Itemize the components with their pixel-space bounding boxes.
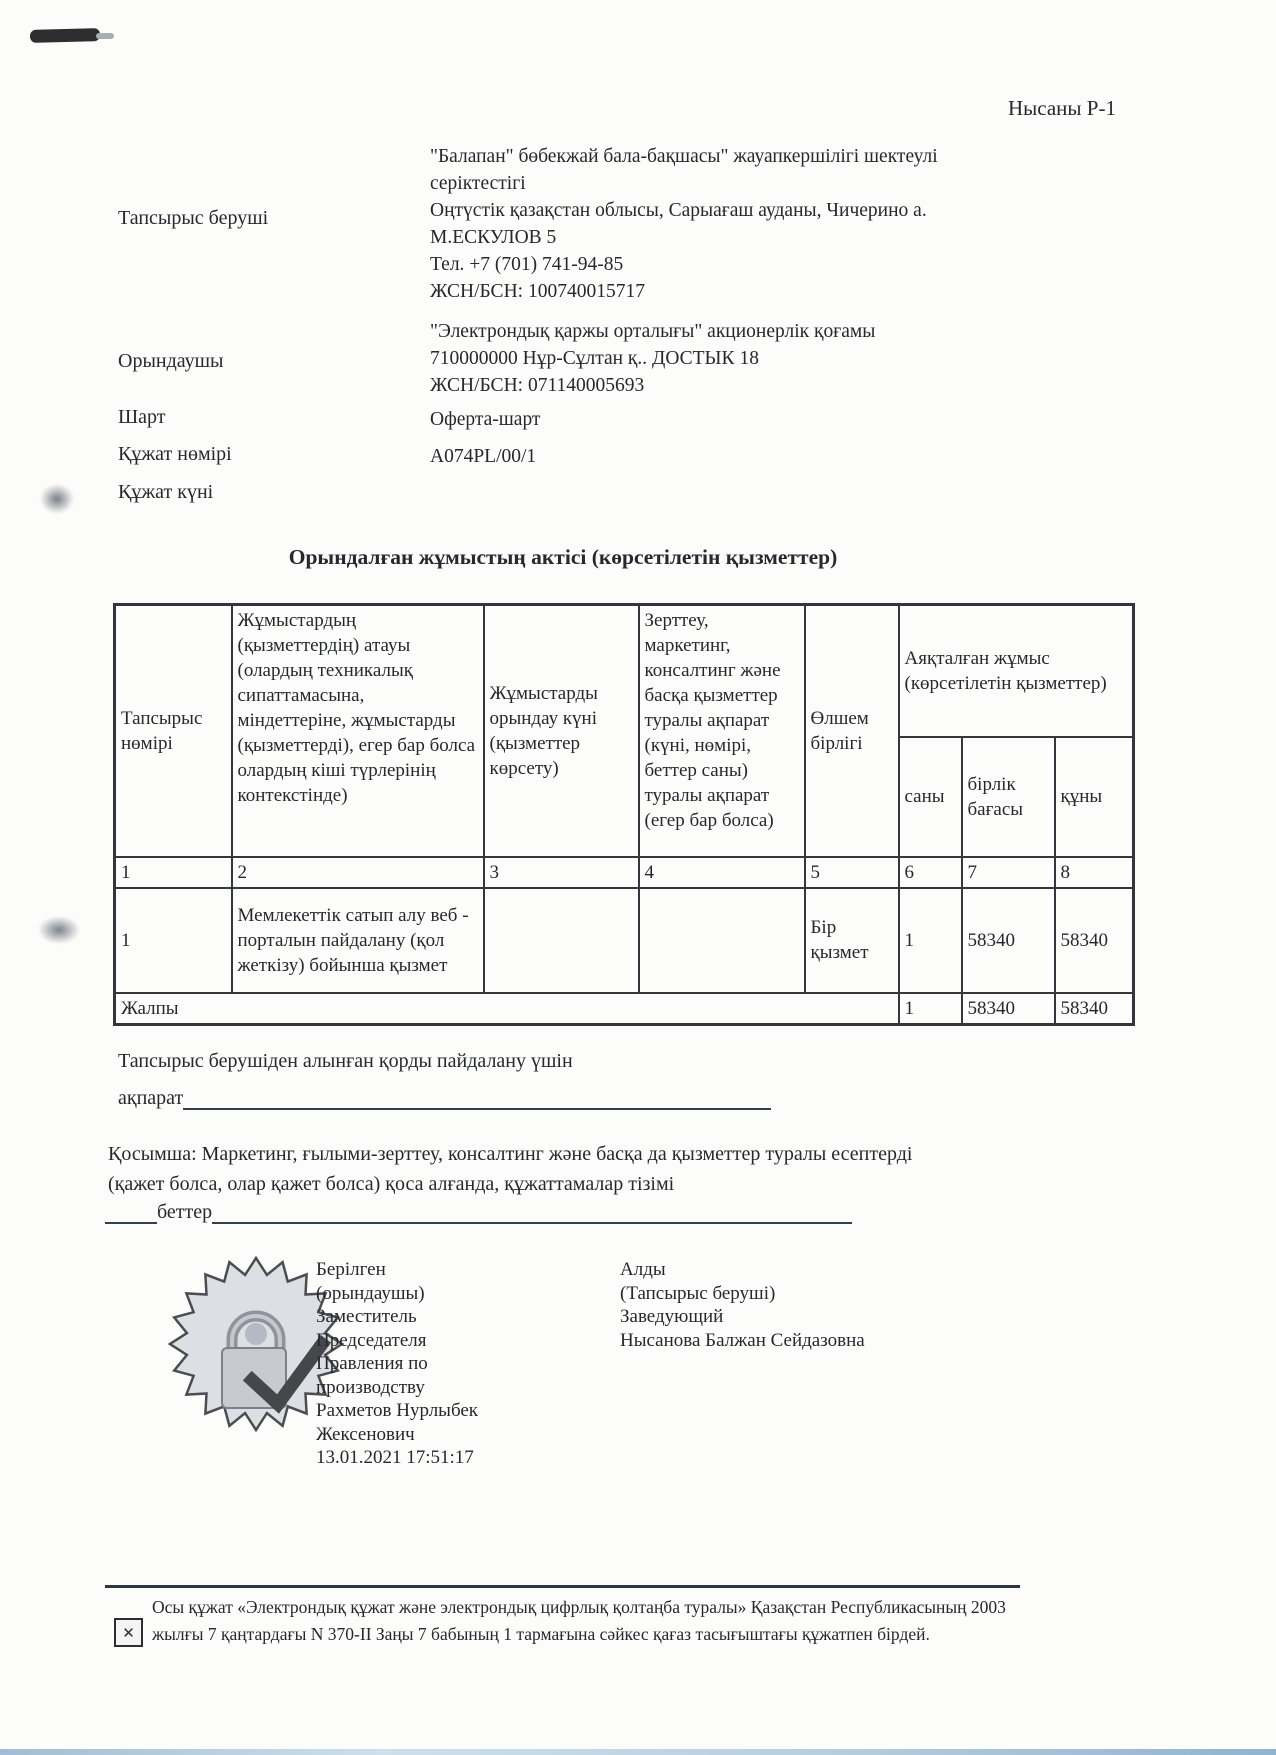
col-header-unit-price: бірлік бағасы: [962, 737, 1055, 857]
executor-value: "Электрондық қаржы орталығы" акционерлік…: [430, 318, 875, 399]
fund-note-line2: ақпарат: [118, 1086, 771, 1110]
scan-artifact-blob: [40, 484, 74, 514]
executor-sig-line: Рахметов Нурлыбек: [316, 1399, 546, 1423]
act-table: Тапсырыс нөмірі Жұмыстардың (қызметтерді…: [113, 603, 1135, 1026]
executor-line: 710000000 Нұр-Сұлтан қ.. ДОСТЫК 18: [430, 345, 875, 372]
cell-qty: 1: [899, 888, 962, 993]
customer-label: Тапсырыс беруші: [118, 207, 268, 230]
appendix-line1: Қосымша: Маркетинг, ғылыми-зерттеу, конс…: [108, 1143, 912, 1166]
executor-sig-line: Берілген: [316, 1258, 546, 1282]
footer-legal-line: Осы құжат «Электрондық құжат және электр…: [152, 1594, 1032, 1621]
customer-line: М.ЕСКУЛОВ 5: [430, 224, 938, 251]
executor-sig-line: Заместитель: [316, 1305, 546, 1329]
column-number: 6: [899, 857, 962, 888]
executor-signature-block: Берілген (орындаушы) Заместитель Председ…: [316, 1258, 546, 1470]
cell-cost: 58340: [1055, 888, 1134, 993]
doc-number-label: Құжат нөмірі: [118, 443, 232, 466]
customer-value: "Балапан" бөбекжай бала-бақшасы" жауапке…: [430, 143, 938, 305]
appendix-line2: (қажет болса, олар қажет болса) қоса алғ…: [108, 1173, 674, 1196]
customer-line: Оңтүстік қазақстан облысы, Сарыағаш ауда…: [430, 197, 938, 224]
col-header-execution-date: Жұмыстарды орындау күні (қызметтер көрсе…: [484, 605, 639, 857]
customer-signature-block: Алды (Тапсырыс беруші) Заведующий Нысано…: [620, 1258, 960, 1352]
col-header-unit: Өлшем бірлігі: [805, 605, 899, 857]
customer-sig-line: (Тапсырыс беруші): [620, 1282, 960, 1306]
column-number: 8: [1055, 857, 1134, 888]
executor-sig-timestamp: 13.01.2021 17:51:17: [316, 1446, 546, 1470]
pages-label: беттер: [157, 1201, 212, 1224]
executor-line: "Электрондық қаржы орталығы" акционерлік…: [430, 318, 875, 345]
customer-sig-name: Нысанова Балжан Сейдазовна: [620, 1329, 960, 1353]
col-header-cost: құны: [1055, 737, 1134, 857]
executor-sig-line: Жексенович: [316, 1423, 546, 1447]
fund-note-line1: Тапсырыс берушіден алынған қорды пайдала…: [118, 1050, 573, 1073]
pages-blank-line: [212, 1200, 852, 1224]
col-header-completed-group: Аяқталған жұмыс (көрсетілетін қызметтер): [899, 605, 1134, 737]
form-code-label: Нысаны Р-1: [1008, 96, 1116, 121]
footer-legal-line: жылғы 7 қаңтардағы N 370-II Заңы 7 бабын…: [152, 1621, 1032, 1648]
doc-number-value: A074PL/00/1: [430, 443, 536, 470]
cell-unit: Бір қызмет: [805, 888, 899, 993]
customer-line: Тел. +7 (701) 741-94-85: [430, 251, 938, 278]
executor-line: ЖСН/БСН: 071140005693: [430, 372, 875, 399]
footer-divider: [105, 1585, 1020, 1588]
checkbox-x-icon: ✕: [114, 1618, 143, 1647]
cell-execution-date: [484, 888, 639, 993]
cell-work-name: Мемлекеттік сатып алу веб - порталын пай…: [232, 888, 484, 993]
col-header-work-name: Жұмыстардың (қызметтердің) атауы (оларды…: [232, 605, 484, 857]
scan-artifact-blob: [38, 916, 80, 944]
contract-value: Оферта-шарт: [430, 406, 540, 433]
table-row: 1 Мемлекеттік сатып алу веб - порталын п…: [115, 888, 1134, 993]
column-number: 1: [115, 857, 232, 888]
col-header-qty: саны: [899, 737, 962, 857]
cell-report-info: [639, 888, 805, 993]
customer-line: серіктестігі: [430, 170, 938, 197]
scan-edge-strip: [0, 1749, 1276, 1755]
contract-label: Шарт: [118, 406, 166, 429]
total-cost: 58340: [1055, 993, 1134, 1025]
scan-artifact-top-left-trail: [96, 33, 114, 39]
cell-order-number: 1: [115, 888, 232, 993]
col-header-order-number: Тапсырыс нөмірі: [115, 605, 232, 857]
pages-blank-prefix: [105, 1200, 157, 1224]
customer-sig-line: Заведующий: [620, 1305, 960, 1329]
total-label-cell: Жалпы: [115, 993, 899, 1025]
column-number: 2: [232, 857, 484, 888]
customer-line: ЖСН/БСН: 100740015717: [430, 278, 938, 305]
customer-line: "Балапан" бөбекжай бала-бақшасы" жауапке…: [430, 143, 938, 170]
total-row: Жалпы 1 58340 58340: [115, 993, 1134, 1025]
column-number: 3: [484, 857, 639, 888]
col-header-report-info: Зерттеу, маркетинг, консалтинг және басқ…: [639, 605, 805, 857]
appendix-line3: беттер: [105, 1200, 852, 1224]
act-title: Орындалған жұмыстың актісі (көрсетілетін…: [113, 545, 1013, 570]
column-number: 4: [639, 857, 805, 888]
total-unit-price: 58340: [962, 993, 1055, 1025]
customer-sig-line: Алды: [620, 1258, 960, 1282]
doc-date-label: Құжат күні: [118, 481, 213, 504]
fund-note-blank-line: [183, 1086, 771, 1110]
column-number: 5: [805, 857, 899, 888]
executor-sig-line: (орындаушы): [316, 1282, 546, 1306]
cell-unit-price: 58340: [962, 888, 1055, 993]
footer-legal-text: Осы құжат «Электрондық құжат және электр…: [152, 1594, 1032, 1648]
executor-sig-line: Председателя: [316, 1329, 546, 1353]
column-number-row: 1 2 3 4 5 6 7 8: [115, 857, 1134, 888]
executor-sig-line: производству: [316, 1376, 546, 1400]
executor-sig-line: Правления по: [316, 1352, 546, 1376]
fund-note-prefix: ақпарат: [118, 1087, 183, 1110]
total-qty: 1: [899, 993, 962, 1025]
executor-label: Орындаушы: [118, 350, 223, 373]
column-number: 7: [962, 857, 1055, 888]
scan-artifact-top-left: [30, 28, 100, 43]
